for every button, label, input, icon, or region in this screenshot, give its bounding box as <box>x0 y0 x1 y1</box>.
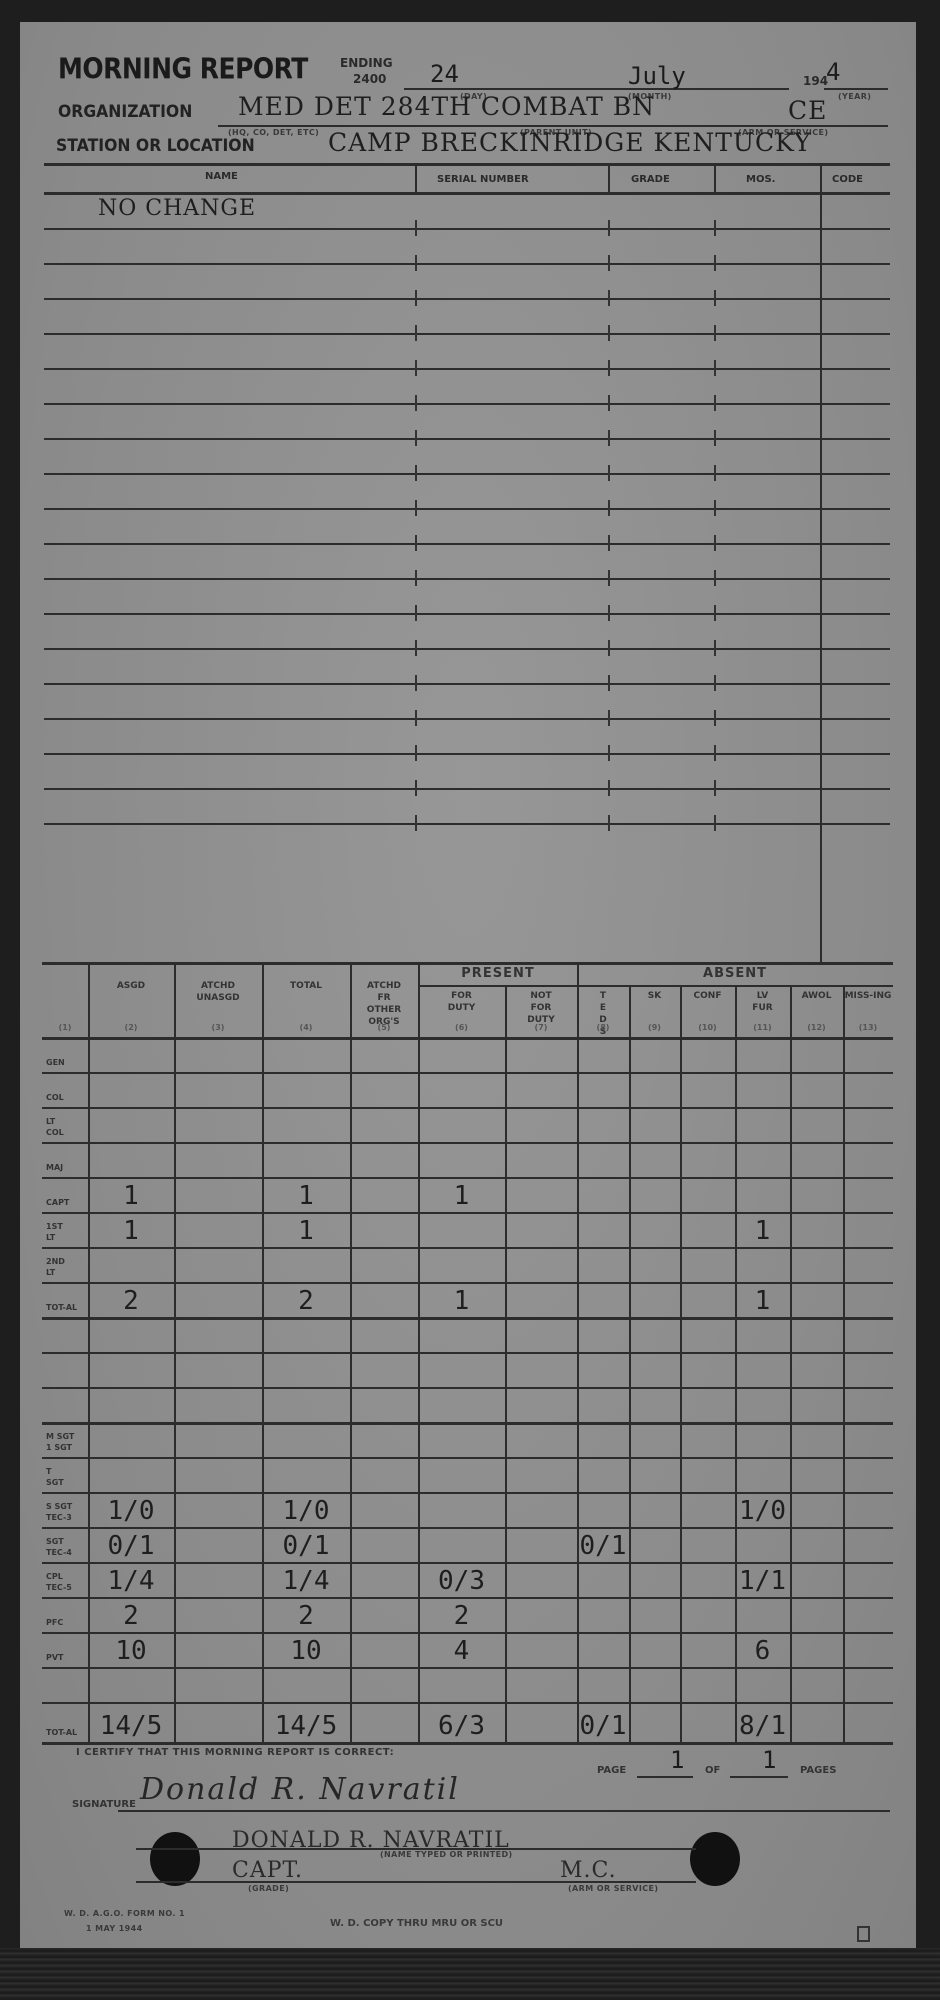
col-label-10: CONF <box>680 990 735 1002</box>
col-label-7: NOTFORDUTY <box>505 990 577 1026</box>
strength-cell: 0/1 <box>577 1711 629 1741</box>
checkbox[interactable] <box>857 1926 870 1942</box>
page-number: 1 <box>670 1746 684 1774</box>
col-label-5: ATCHDFROTHERORG'S <box>350 980 418 1028</box>
certify-statement: I CERTIFY THAT THIS MORNING REPORT IS CO… <box>76 1747 394 1758</box>
roster-col-name: NAME <box>205 171 238 182</box>
organization-label: ORGANIZATION <box>58 102 192 122</box>
col-number-2: (2) <box>88 1022 174 1034</box>
roster-entry-name: NO CHANGE <box>98 196 256 221</box>
station-label: STATION OR LOCATION <box>56 136 255 156</box>
strength-cell: 0/1 <box>88 1531 174 1561</box>
page-label: PAGE <box>597 1765 626 1776</box>
signature-label: SIGNATURE <box>72 1799 136 1810</box>
row-label: PVT <box>46 1652 64 1663</box>
strength-cell: 1 <box>262 1216 350 1246</box>
strength-cell: 2 <box>262 1601 350 1631</box>
col-number-5: (5) <box>350 1022 418 1034</box>
roster-col-mos: MOS. <box>746 174 775 185</box>
col-number-1: (1) <box>42 1022 88 1034</box>
strength-cell: 1 <box>735 1216 790 1246</box>
strength-cell: 1/0 <box>735 1496 790 1526</box>
grade-value: CAPT. <box>232 1858 303 1883</box>
strength-cell: 2 <box>88 1601 174 1631</box>
col-label-9: SK <box>629 990 680 1002</box>
col-label-6: FORDUTY <box>418 990 505 1014</box>
row-label: S SGTTEC-3 <box>46 1501 72 1523</box>
row-label: CAPT <box>46 1197 69 1208</box>
col-label-12: AWOL <box>790 990 843 1002</box>
row-label: GEN <box>46 1057 65 1068</box>
col-number-8: (8) <box>577 1022 629 1034</box>
col-number-7: (7) <box>505 1022 577 1034</box>
strength-cell: 2 <box>262 1286 350 1316</box>
service-caption: (ARM OR SERVICE) <box>568 1884 658 1893</box>
col-label-3: ATCHDUNASGD <box>174 980 262 1004</box>
row-label: 1STLT <box>46 1221 63 1243</box>
strength-cell: 0/1 <box>577 1531 629 1561</box>
punch-hole-right <box>690 1832 740 1886</box>
strength-cell: 1 <box>735 1286 790 1316</box>
strength-cell: 1/4 <box>262 1566 350 1596</box>
strength-cell: 1/0 <box>262 1496 350 1526</box>
row-label: SGTTEC-4 <box>46 1536 72 1558</box>
scan-border <box>0 1948 940 2000</box>
service-value: M.C. <box>560 1858 617 1883</box>
strength-cell: 1/1 <box>735 1566 790 1596</box>
signature: Donald R. Navratil <box>140 1772 460 1807</box>
strength-cell: 1 <box>88 1181 174 1211</box>
row-label: LTCOL <box>46 1116 64 1138</box>
strength-cell: 6/3 <box>418 1711 505 1741</box>
pages-label: PAGES <box>800 1765 836 1776</box>
strength-cell: 0/3 <box>418 1566 505 1596</box>
roster-col-grade: GRADE <box>631 174 670 185</box>
col-number-13: (13) <box>843 1022 893 1034</box>
col-number-6: (6) <box>418 1022 505 1034</box>
strength-cell: 1 <box>262 1181 350 1211</box>
row-label: TOT-AL <box>46 1302 77 1313</box>
strength-cell: 2 <box>418 1601 505 1631</box>
roster-col-serial: SERIAL NUMBER <box>437 174 529 185</box>
row-label: CPLTEC-5 <box>46 1571 72 1593</box>
row-label: M SGT1 SGT <box>46 1431 74 1453</box>
strength-cell: 1/0 <box>88 1496 174 1526</box>
strength-cell: 1 <box>88 1216 174 1246</box>
col-number-10: (10) <box>680 1022 735 1034</box>
total-pages: 1 <box>762 1746 776 1774</box>
row-label: TSGT <box>46 1466 64 1488</box>
strength-cell: 10 <box>262 1636 350 1666</box>
report-year-digit: 4 <box>826 58 840 86</box>
strength-cell: 10 <box>88 1636 174 1666</box>
row-label: 2NDLT <box>46 1256 65 1278</box>
ending-time: 2400 <box>353 72 386 86</box>
station-value: CAMP BRECKINRIDGE KENTUCKY <box>328 128 812 157</box>
form-title: MORNING REPORT <box>58 52 308 85</box>
organization-value: MED DET 284TH COMBAT BN <box>238 92 655 121</box>
absent-group-header: ABSENT <box>580 966 890 981</box>
col-number-9: (9) <box>629 1022 680 1034</box>
col-number-3: (3) <box>174 1022 262 1034</box>
row-label: COL <box>46 1092 64 1103</box>
col-label-2: ASGD <box>88 980 174 992</box>
strength-cell: 14/5 <box>88 1711 174 1741</box>
grade-caption: (GRADE) <box>248 1884 289 1893</box>
strength-cell: 2 <box>88 1286 174 1316</box>
strength-cell: 1 <box>418 1181 505 1211</box>
arm-or-service-value: CE <box>788 96 827 125</box>
year-caption: (YEAR) <box>838 92 871 101</box>
strength-cell: 6 <box>735 1636 790 1666</box>
col-label-4: TOTAL <box>262 980 350 992</box>
strength-cell: 8/1 <box>735 1711 790 1741</box>
of-label: OF <box>705 1765 720 1776</box>
routing-note: W. D. COPY THRU MRU OR SCU <box>330 1918 503 1929</box>
strength-cell: 4 <box>418 1636 505 1666</box>
strength-cell: 0/1 <box>262 1531 350 1561</box>
form-number: W. D. A.G.O. FORM NO. 1 <box>64 1909 185 1918</box>
form-date: 1 MAY 1944 <box>86 1924 143 1933</box>
row-label: PFC <box>46 1617 63 1628</box>
roster-col-code: CODE <box>832 174 863 185</box>
report-month: July <box>628 62 686 90</box>
col-number-12: (12) <box>790 1022 843 1034</box>
ending-label: ENDING <box>340 56 393 70</box>
report-day: 24 <box>430 60 459 88</box>
col-label-13: MISS-ING <box>843 990 893 1002</box>
strength-cell: 1 <box>418 1286 505 1316</box>
year-prefix: 194 <box>803 74 828 88</box>
punch-hole-left <box>150 1832 200 1886</box>
strength-cell: 1/4 <box>88 1566 174 1596</box>
present-group-header: PRESENT <box>418 966 578 981</box>
row-label: MAJ <box>46 1162 63 1173</box>
col-number-4: (4) <box>262 1022 350 1034</box>
col-label-11: LVFUR <box>735 990 790 1014</box>
col-number-11: (11) <box>735 1022 790 1034</box>
strength-cell: 14/5 <box>262 1711 350 1741</box>
printed-name-caption: (NAME TYPED OR PRINTED) <box>380 1850 513 1859</box>
row-label: TOT-AL <box>46 1727 77 1738</box>
